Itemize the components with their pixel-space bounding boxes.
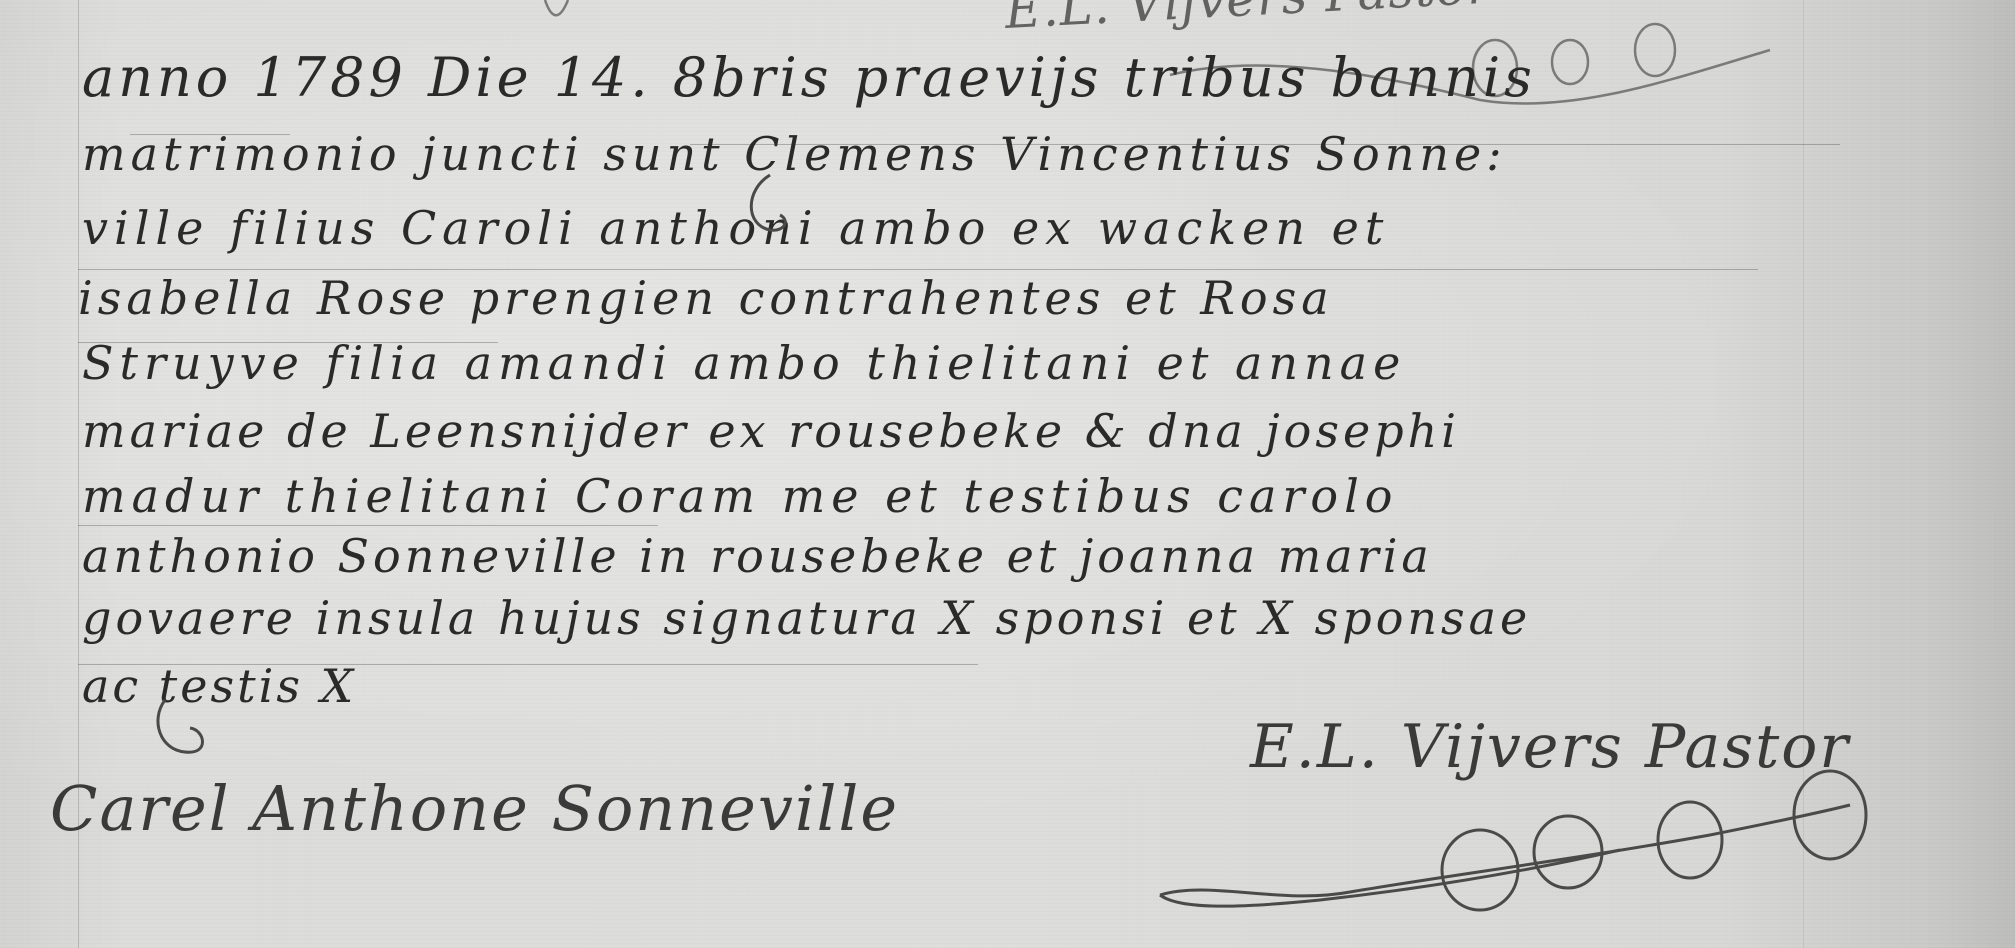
entry-line-4: isabella Rose prengien contrahentes et R… — [78, 272, 1334, 324]
entry-line-9: govaere insula hujus signatura X sponsi … — [82, 592, 1531, 644]
guide-line — [78, 525, 658, 526]
entry-line-3: ville filius Caroli anthoni ambo ex wack… — [82, 202, 1389, 254]
top-pen-stroke — [540, 0, 580, 40]
guide-line — [78, 269, 1758, 270]
loop-flourish — [740, 170, 800, 240]
entry-line-1: anno 1789 Die 14. 8bris praevijs tribus … — [82, 52, 1536, 104]
loop-flourish — [150, 700, 220, 760]
entry-line-6: mariae de Leensnijder ex rousebeke & dna… — [82, 405, 1460, 457]
entry-line-8: anthonio Sonneville in rousebeke et joan… — [82, 530, 1433, 582]
witness-signature: Carel Anthone Sonneville — [50, 772, 899, 845]
pastor-signature-flourish — [1150, 780, 1870, 930]
entry-line-7: madur thielitani Coram me et testibus ca… — [82, 470, 1399, 522]
entry-line-5: Struyve filia amandi ambo thielitani et … — [82, 337, 1406, 389]
manuscript-page: E.L. Vijvers Pastor anno 1789 Die 14. 8b… — [0, 0, 2015, 948]
pastor-signature: E.L. Vijvers Pastor — [1250, 712, 1850, 782]
